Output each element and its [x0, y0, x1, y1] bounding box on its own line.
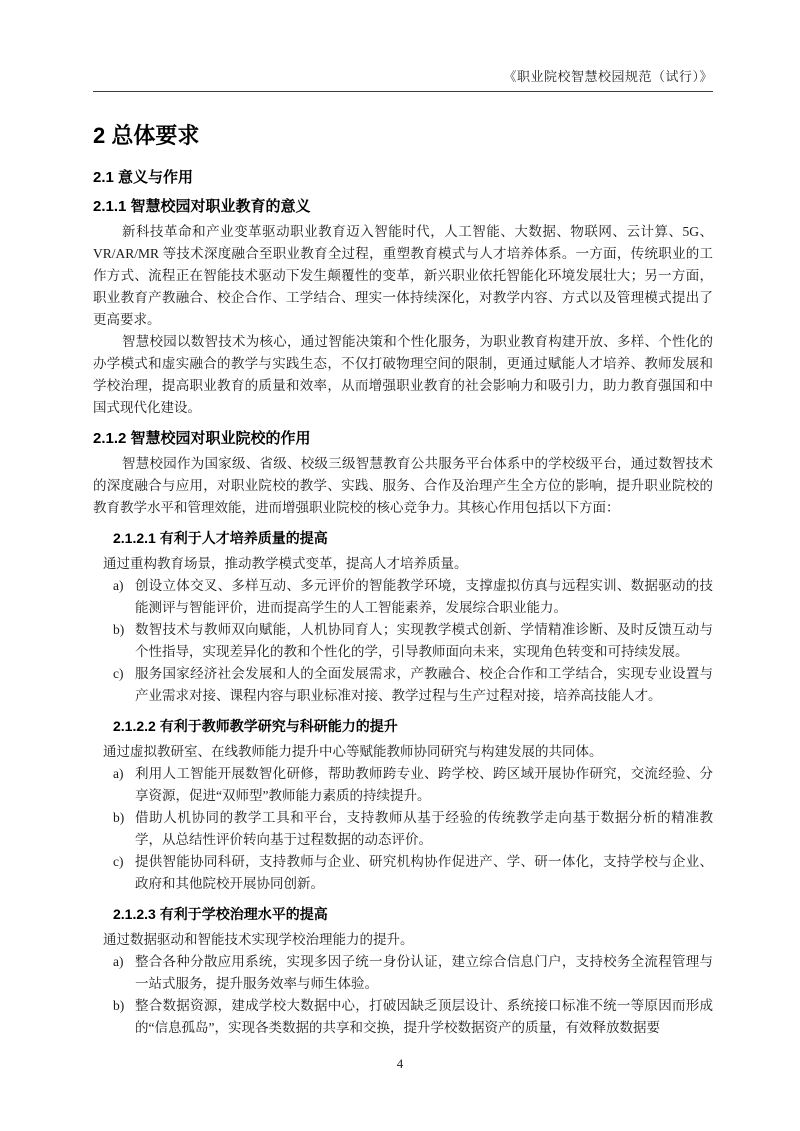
- alpha-list: a) 利用人工智能开展数智化研修，帮助教师跨专业、跨学校、跨区域开展协作研究，交…: [113, 763, 713, 895]
- list-item-marker: a): [113, 951, 135, 995]
- list-item-text: 提供智能协同科研，支持教师与企业、研究机构协作促进产、学、研一体化，支持学校与企…: [135, 851, 713, 895]
- list-item-marker: b): [113, 995, 135, 1039]
- paragraph: 智慧校园以数智技术为核心，通过智能决策和个性化服务，为职业教育构建开放、多样、个…: [93, 331, 713, 419]
- list-item: b) 数智技术与教师双向赋能，人机协同育人；实现教学模式创新、学情精准诊断、及时…: [113, 619, 713, 663]
- paragraph: 新科技革命和产业变革驱动职业教育迈入智能时代，人工智能、大数据、物联网、云计算、…: [93, 221, 713, 331]
- list-item: b) 借助人机协同的教学工具和平台，支持教师从基于经验的传统教学走向基于数据分析…: [113, 807, 713, 851]
- section-heading-2-1-2-3: 2.1.2.3 有利于学校治理水平的提高: [113, 905, 713, 923]
- section-heading-2-1-1: 2.1.1 智慧校园对职业教育的意义: [93, 198, 713, 217]
- alpha-list: a) 创设立体交叉、多样互动、多元评价的智能教学环境，支撑虚拟仿真与远程实训、数…: [113, 575, 713, 707]
- list-item-text: 服务国家经济社会发展和人的全面发展需求，产教融合、校企合作和工学结合，实现专业设…: [135, 663, 713, 707]
- list-item-text: 借助人机协同的教学工具和平台，支持教师从基于经验的传统教学走向基于数据分析的精准…: [135, 807, 713, 851]
- list-item-marker: c): [113, 663, 135, 707]
- list-item: c) 提供智能协同科研，支持教师与企业、研究机构协作促进产、学、研一体化，支持学…: [113, 851, 713, 895]
- section-heading-2-1-2-1: 2.1.2.1 有利于人才培养质量的提高: [113, 529, 713, 547]
- page-footer: 4: [0, 1056, 800, 1072]
- section-heading-2-1-2: 2.1.2 智慧校园对职业院校的作用: [93, 430, 713, 449]
- list-item-marker: a): [113, 575, 135, 619]
- list-item: a) 创设立体交叉、多样互动、多元评价的智能教学环境，支撑虚拟仿真与远程实训、数…: [113, 575, 713, 619]
- intro-paragraph: 通过重构教育场景，推动教学模式变革，提高人才培养质量。: [103, 553, 713, 575]
- list-item-marker: b): [113, 619, 135, 663]
- list-item-text: 整合各种分散应用系统，实现多因子统一身份认证，建立综合信息门户，支持校务全流程管…: [135, 951, 713, 995]
- section-heading-2-1: 2.1 意义与作用: [93, 169, 713, 188]
- chapter-heading: 2 总体要求: [93, 122, 713, 151]
- list-item-marker: b): [113, 807, 135, 851]
- alpha-list: a) 整合各种分散应用系统，实现多因子统一身份认证，建立综合信息门户，支持校务全…: [113, 951, 713, 1039]
- list-item-text: 数智技术与教师双向赋能，人机协同育人；实现教学模式创新、学情精准诊断、及时反馈互…: [135, 619, 713, 663]
- document-page: 《职业院校智慧校园规范（试行）》 2 总体要求 2.1 意义与作用 2.1.1 …: [0, 0, 800, 1131]
- document-header-title: 《职业院校智慧校园规范（试行）》: [503, 69, 713, 84]
- list-item: c) 服务国家经济社会发展和人的全面发展需求，产教融合、校企合作和工学结合，实现…: [113, 663, 713, 707]
- paragraph: 智慧校园作为国家级、省级、校级三级智慧教育公共服务平台体系中的学校级平台，通过数…: [93, 453, 713, 519]
- list-item: a) 利用人工智能开展数智化研修，帮助教师跨专业、跨学校、跨区域开展协作研究，交…: [113, 763, 713, 807]
- document-header: 《职业院校智慧校园规范（试行）》: [93, 66, 713, 92]
- list-item-marker: c): [113, 851, 135, 895]
- list-item-text: 利用人工智能开展数智化研修，帮助教师跨专业、跨学校、跨区域开展协作研究，交流经验…: [135, 763, 713, 807]
- list-item-text: 整合数据资源，建成学校大数据中心，打破因缺乏顶层设计、系统接口标准不统一等原因而…: [135, 995, 713, 1039]
- list-item-marker: a): [113, 763, 135, 807]
- page-content: 《职业院校智慧校园规范（试行）》 2 总体要求 2.1 意义与作用 2.1.1 …: [0, 0, 800, 1039]
- list-item-text: 创设立体交叉、多样互动、多元评价的智能教学环境，支撑虚拟仿真与远程实训、数据驱动…: [135, 575, 713, 619]
- list-item: b) 整合数据资源，建成学校大数据中心，打破因缺乏顶层设计、系统接口标准不统一等…: [113, 995, 713, 1039]
- page-number: 4: [397, 1056, 404, 1071]
- section-heading-2-1-2-2: 2.1.2.2 有利于教师教学研究与科研能力的提升: [113, 717, 713, 735]
- intro-paragraph: 通过虚拟教研室、在线教师能力提升中心等赋能教师协同研究与构建发展的共同体。: [103, 741, 713, 763]
- intro-paragraph: 通过数据驱动和智能技术实现学校治理能力的提升。: [103, 929, 713, 951]
- list-item: a) 整合各种分散应用系统，实现多因子统一身份认证，建立综合信息门户，支持校务全…: [113, 951, 713, 995]
